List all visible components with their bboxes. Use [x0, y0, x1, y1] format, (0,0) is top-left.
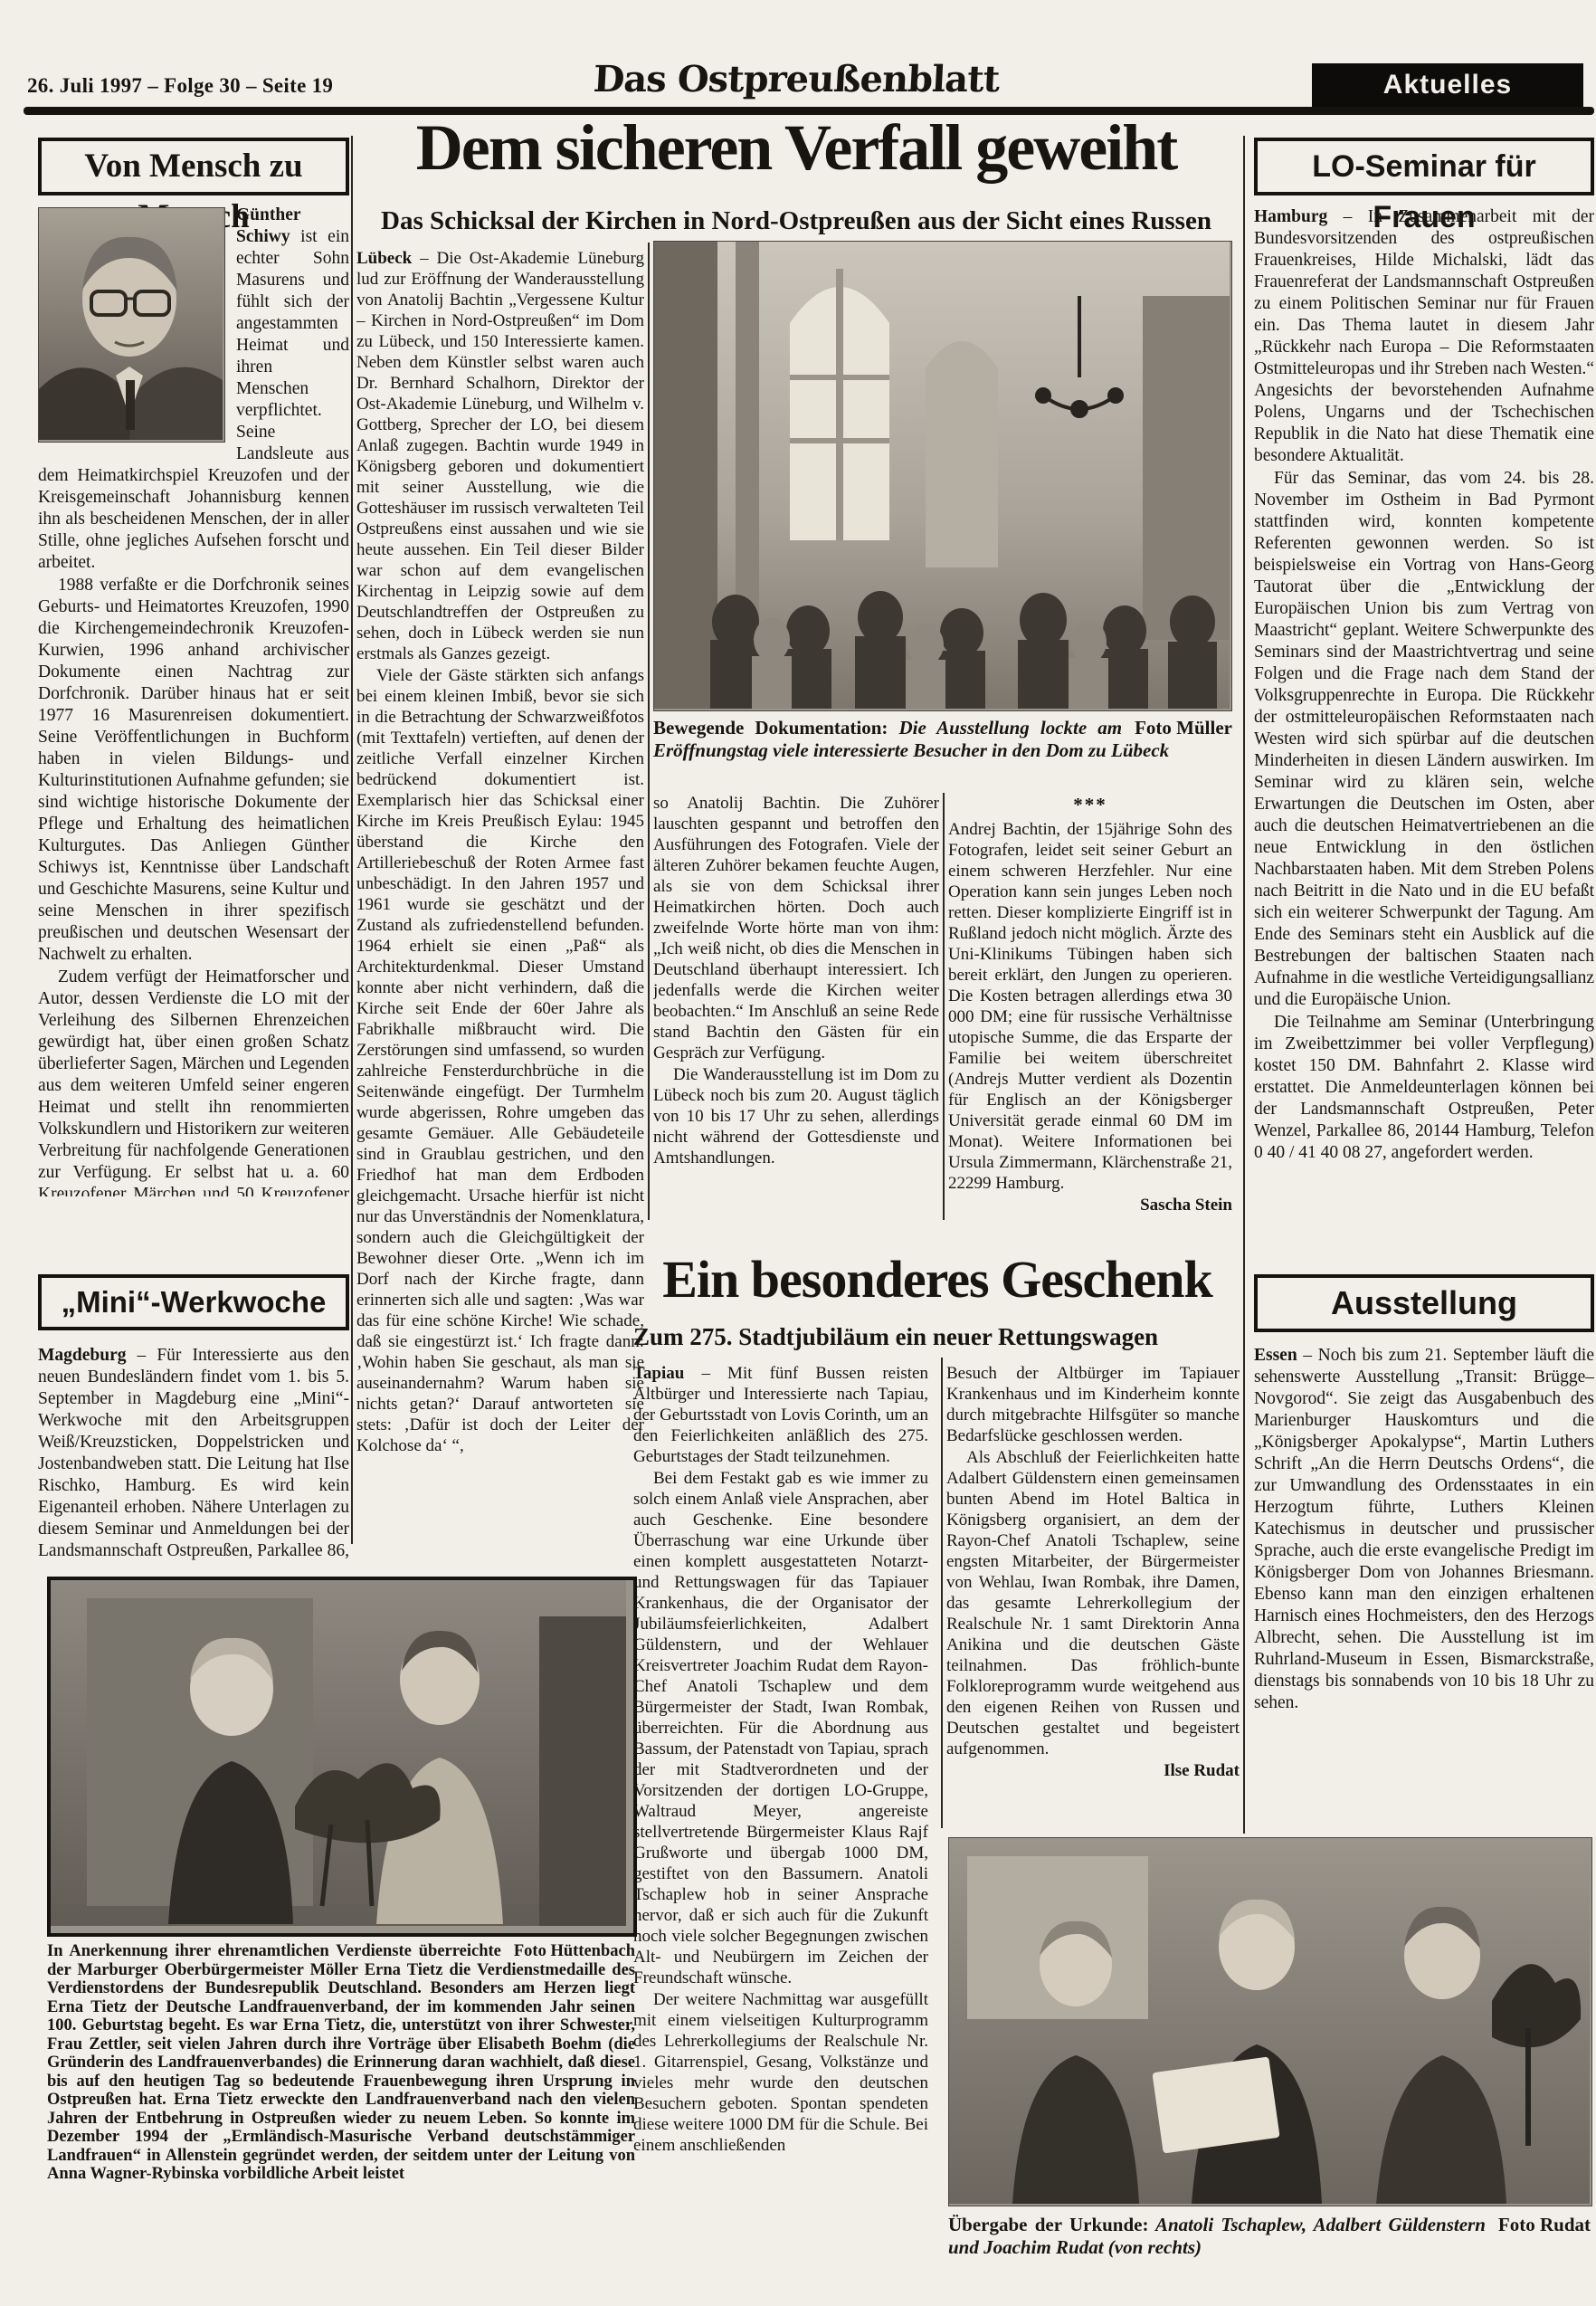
rule-main-col1-col2 — [648, 243, 650, 1220]
von-mensch-box-title: Von Mensch zu Mensch — [38, 138, 349, 195]
medal-photo-caption: Foto HüttenbachIn Anerkennung ihrer ehre… — [47, 1942, 635, 2184]
von-mensch-paragraph-3: Zudem verfügt der Heimatforscher und Aut… — [38, 967, 349, 1196]
werkwoche-paragraph: Magdeburg – Für Interessierte aus den ne… — [38, 1345, 349, 1562]
geschenk-col1-paragraph-2: Bei dem Festakt gab es wie immer zu solc… — [633, 1468, 928, 1988]
geschenk-headline: Ein besonderes Geschenk — [633, 1249, 1241, 1310]
geschenk-subhead: Zum 275. Stadtjubiläum ein neuer Rettung… — [633, 1323, 1241, 1351]
main-lead-city: Lübeck — [356, 249, 412, 268]
certificate-photo-caption: Foto RudatÜbergabe der Urkunde: Anatoli … — [948, 2214, 1591, 2259]
main-col1-p1-text: – Die Ost-Akademie Lüneburg lud zur Eröf… — [356, 249, 644, 663]
geschenk-col1: Tapiau – Mit fünf Bussen reisten Altbürg… — [633, 1363, 928, 2214]
section-label: Aktuelles — [1312, 63, 1583, 107]
seminar-paragraph-1: Hamburg – In Zusammenarbeit mit der Bund… — [1254, 206, 1594, 467]
seminar-lead-city: Hamburg — [1254, 207, 1327, 226]
geschenk-lead-city: Tapiau — [633, 1364, 684, 1383]
newspaper-page: 26. Juli 1997 – Folge 30 – Seite 19 Das … — [0, 0, 1596, 2306]
ausstellung-lead-city: Essen — [1254, 1346, 1297, 1365]
dateline: 26. Juli 1997 – Folge 30 – Seite 19 — [27, 74, 333, 98]
geschenk-col2: Besuch der Altbürger im Tapiauer Kranken… — [946, 1363, 1240, 1826]
geschenk-col1-paragraph-3: Der weitere Nachmittag war ausgefüllt mi… — [633, 1989, 928, 2156]
photo-credit-huettenbach: Foto Hüttenbach — [501, 1942, 635, 1961]
ausstellung-p1-text: – Noch bis zum 21. September läuft die s… — [1254, 1346, 1594, 1712]
main-article-col2: so Anatolij Bachtin. Die Zuhörer lauscht… — [653, 793, 939, 1220]
main-subhead: Das Schicksal der Kirchen in Nord-Ostpre… — [355, 206, 1238, 236]
photo-credit-rudat: Foto Rudat — [1486, 2214, 1591, 2236]
werkwoche-text: – Für Interessierte aus den neuen Bundes… — [38, 1346, 349, 1562]
church-photo-caption: Foto MüllerBewegende Dokumentation: Die … — [653, 717, 1232, 762]
ausstellung-box-title: Ausstellung — [1254, 1274, 1594, 1332]
main-col1-paragraph-2: Viele der Gäste stärkten sich anfangs be… — [356, 665, 644, 1456]
rule-right-rail — [1243, 136, 1245, 1834]
main-col3-paragraph-1: Andrej Bachtin, der 15jährige Sohn des F… — [948, 819, 1232, 1194]
medal-ceremony-photo — [47, 1577, 637, 1937]
seminar-box-title: LO-Seminar für Frauen — [1254, 138, 1594, 195]
certificate-handover-photo — [948, 1837, 1592, 2206]
seminar-p1-text: – In Zusammenarbeit mit der Bundesvorsit… — [1254, 207, 1594, 465]
cert-caption-lead: Übergabe der Urkunde: — [948, 2214, 1148, 2235]
geschenk-col2-paragraph-2: Als Abschluß der Feierlichkeiten hatte A… — [946, 1447, 1240, 1759]
von-mensch-paragraph-2: 1988 verfaßte er die Dorfchronik seines … — [38, 575, 349, 966]
rule-left-rail — [351, 136, 353, 1544]
seminar-paragraph-2: Für das Seminar, das vom 24. bis 28. Nov… — [1254, 468, 1594, 1011]
church-caption-lead: Bewegende Dokumentation: — [653, 717, 888, 738]
stars-separator: *** — [948, 795, 1232, 815]
rule-main-col2-col3 — [943, 793, 945, 1220]
signature-ilse-rudat: Ilse Rudat — [946, 1760, 1240, 1781]
main-article-col3: *** Andrej Bachtin, der 15jährige Sohn d… — [948, 793, 1232, 1220]
portrait-photo-guenther-schiwy — [38, 207, 225, 443]
main-article-col1: Lübeck – Die Ost-Akademie Lüneburg lud z… — [356, 248, 644, 1508]
photo-credit-mueller: Foto Müller — [1122, 717, 1232, 739]
seminar-paragraph-3: Die Teilnahme am Seminar (Unterbringung … — [1254, 1012, 1594, 1164]
von-mensch-article: Günther Schiwy ist ein echter Sohn Masur… — [38, 205, 349, 1196]
ausstellung-article: Essen – Noch bis zum 21. September läuft… — [1254, 1345, 1594, 1825]
rule-geschenk-cols — [941, 1358, 943, 1828]
geschenk-col2-paragraph-1: Besuch der Altbürger im Tapiauer Kranken… — [946, 1363, 1240, 1446]
geschenk-col1-paragraph-1: Tapiau – Mit fünf Bussen reisten Altbürg… — [633, 1363, 928, 1467]
main-col1-paragraph-1: Lübeck – Die Ost-Akademie Lüneburg lud z… — [356, 248, 644, 664]
werkwoche-lead-city: Magdeburg — [38, 1346, 127, 1365]
signature-sascha-stein: Sascha Stein — [948, 1195, 1232, 1215]
seminar-article: Hamburg – In Zusammenarbeit mit der Bund… — [1254, 206, 1594, 1262]
ausstellung-paragraph-1: Essen – Noch bis zum 21. September läuft… — [1254, 1345, 1594, 1714]
werkwoche-article: Magdeburg – Für Interessierte aus den ne… — [38, 1345, 349, 1562]
church-exhibition-photo — [653, 241, 1232, 711]
werkwoche-box-title: „Mini“-Werkwoche — [38, 1274, 349, 1330]
main-col2-paragraph-2: Die Wanderausstellung ist im Dom zu Lübe… — [653, 1064, 939, 1168]
main-col2-paragraph-1: so Anatolij Bachtin. Die Zuhörer lauscht… — [653, 793, 939, 1063]
masthead: Das Ostpreußenblatt — [560, 58, 1032, 100]
medal-caption-text: In Anerkennung ihrer ehrenamtlichen Verd… — [47, 1942, 635, 2183]
main-headline: Dem sicheren Verfall geweiht — [355, 110, 1238, 186]
